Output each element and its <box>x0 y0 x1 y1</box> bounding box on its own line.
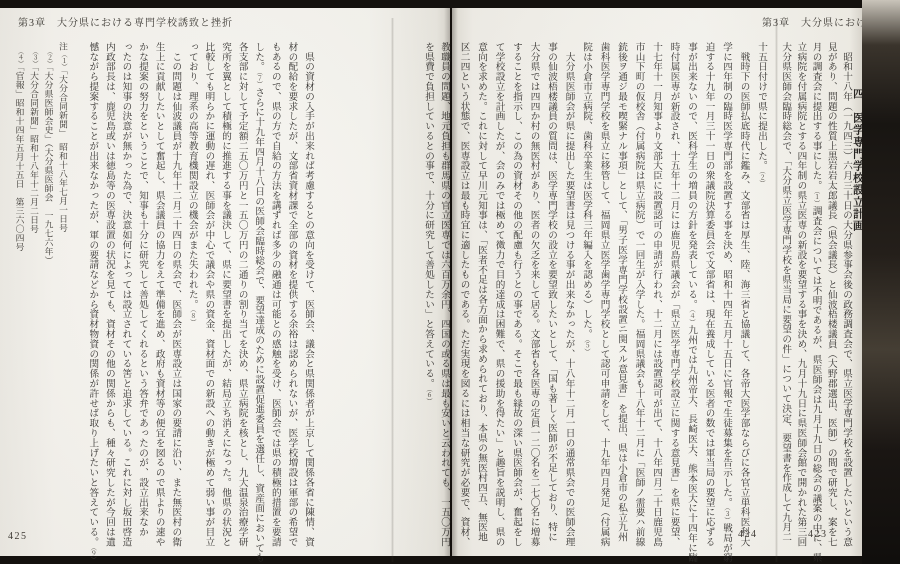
text-column: この問題は仙波議員が十九年十二月二十四日の県会で、医師会が医専設立は国家の要請に… <box>167 42 184 534</box>
text-column: 大分県では四四か村の無医村があり、医者の欠乏を来して居る。文部省も各医専の定員一… <box>525 42 543 534</box>
text-column: 意向を求めた。これに対して早川元知事は、「医者不足は各方面から求められており、本… <box>473 42 491 534</box>
note-reference: （１） <box>813 191 820 207</box>
note-reference: （３） <box>723 507 730 523</box>
note-reference: （２） <box>46 51 53 67</box>
text-column: 十五日付けで県に提出した。（２） <box>753 42 771 534</box>
notes-block: 注（１）「大分合同新聞」 昭和十八年七月一日号 （２）「大分県医師会史」（大分県… <box>12 42 70 534</box>
text-column: 市山下町の仮校舎（付属病院は県立病院）で一回生が入学した。福岡県議会も十八年十二… <box>630 42 648 534</box>
text-column: もあるので、県の方で自給の方法を講ずれば多少の融通は可能との感触を受け、医師会で… <box>266 42 283 534</box>
note-reference: （６） <box>425 389 432 405</box>
text-column: （４）「官報」昭和十四年五月十五日 第三六〇四号 <box>12 42 27 534</box>
text-column: 院は小倉市立病院、歯科卒業生は医学科三年編入を認める）した。（５） <box>578 42 596 534</box>
text-column: （２）「大分県医師会史」（大分県医師会 一九七六年） <box>41 42 56 534</box>
note-reference: （４） <box>688 309 695 325</box>
text-column: 各支部に対して予定額二五〇万円と一五〇万円の二通りの割り当てを決め、県立病院を核… <box>233 42 250 534</box>
text-column: 学に四年制の臨時医学専門部を設置する事を決め、昭和十四年五月十五日に官報で生徒募… <box>718 42 736 534</box>
text-column: した。（７）さらに十九年四月十八日の医師会臨時総会で、要望達成のために設置促進委… <box>250 42 267 534</box>
text-column: 注（１）「大分合同新聞」 昭和十八年七月一日号 <box>56 42 71 534</box>
right-page-sheet: 第3章 大分県における専門学校誘致と挫折 十五日付けで県に提出した。（２） 戦時… <box>452 8 866 556</box>
text-column: することを指示し、この為の資材その他の配慮も行うとの事である。そこで最も縁故の深… <box>508 42 526 534</box>
text-column: 十七年十一月知事より文部大臣に設置認可の申請が行われ、十二月には設置認可が出て、… <box>648 42 666 534</box>
note-reference: （４） <box>17 51 24 67</box>
text-column: 材の配給を要求したが、文部省資材課で全部の資材を提供する余裕は認められないが、医… <box>283 42 300 534</box>
note-reference: （１） <box>60 51 67 70</box>
text-column: 戦時下の医師払底時代に鑑み、文部省は厚生、陸、海三省と協議して、各帝大医学部なら… <box>735 42 753 534</box>
text-column: 大分県医師会が県に提出した要望書は見つける事が出来なかったが、十八年十二月一日の… <box>560 42 578 534</box>
left-page-sheet: 第3章 大分県における専門学校誘致と挫折 注（１）「大分合同新聞」 昭和十八年七… <box>0 8 450 556</box>
text-column: っており、理系の高等教育機関設立の機会がまた失われた。（８） <box>183 42 200 534</box>
note-reference: （２） <box>758 171 765 187</box>
text-column: ったのは知事の決意が無かった為で、決意如何によっては設立されている筈と追求してい… <box>117 42 134 534</box>
text-column: 県の資材の入手が出来れば考慮するとの意向を受けて、医師会、議会と県関係者が上京し… <box>299 42 316 534</box>
text-column: 大分県医師会臨時総会で、「大分県立医学専門学校を県当局に要望の件」について決定、… <box>778 42 793 534</box>
text-column: 時付属医専が新設され、十五年十二月には鹿児島県議会が「県立医学専門学校設立に関す… <box>665 42 683 534</box>
note-reference: （８） <box>189 309 196 325</box>
text-column: を県費で負担しているとの事で、十分に研究して善処したい」と答えている。（６） <box>420 42 436 534</box>
text-column: 事が出来ないので、医科学生の増員の方針を発表している。（４）九州では九州帝大、長… <box>683 42 701 534</box>
text-column: 生上に貢献したいとして奮起し、県会議員の協力をえて準備を進め、政府も資材等の便宜… <box>150 42 167 534</box>
page-423-text: 昭和十八年（一九四三）六月三十日の大分県参事会後の政務調査会で、県立医学専門学校… <box>778 42 854 534</box>
text-column: 比較しても明らかに運動の遅れ、医師会が中心で議会や県の資金、資材面での新設への動… <box>200 42 217 534</box>
note-reference: （３） <box>31 51 38 67</box>
text-column: て学校設立を計画したが、会のみでは極めて微力で目的達成は困難で、県の援助を得たい… <box>490 42 508 534</box>
text-column: 迫する十九年一月三十一日の衆議院決算委員会で文部省は、現在養成している医者の数で… <box>700 42 718 534</box>
text-column: 歯科医学専門学校を県立に移管して、福岡県立医学歯学専門学校として認可申請をして、… <box>595 42 613 534</box>
text-column: 事の仙波梧楼議員の質問は、医学専門学校の設立を要望致したいとして、「国も著しく医… <box>543 42 561 534</box>
page-seam-left <box>391 18 394 562</box>
note-reference: （９） <box>89 547 96 563</box>
spread-gutter-shadow <box>444 8 458 556</box>
text-column: 内政部長は、鹿児島或いは徳島等の医専設置の状況を見ても、資材その他の関係からも、… <box>100 42 117 534</box>
note-reference: （７） <box>255 72 262 88</box>
text-column: 憾ながら提案することが出来なかったが、軍の要請などから資材物資の関係が許せば取り… <box>84 42 101 534</box>
page-424-text: 十五日付けで県に提出した。（２） 戦時下の医師払底時代に鑑み、文部省は厚生、陸、… <box>454 42 770 534</box>
text-column: かな提案の努力をということで、知事も十分に研究して善処してくれるという答弁であっ… <box>133 42 150 534</box>
note-reference: （５） <box>583 339 590 355</box>
book-scan-photo: 第3章 大分県における専門学校誘致と挫折 注（１）「大分合同新聞」 昭和十八年七… <box>0 0 900 564</box>
page-number-425: 425 <box>8 531 28 542</box>
text-column: 見があり、問題の性質上黒岩岩太郎議長（県会議長）と仙波梧楼議員（大野郡選出、医師… <box>824 42 839 534</box>
page-number-423: 423 <box>808 529 828 540</box>
running-header-left: 第3章 大分県における専門学校誘致と挫折 <box>18 14 233 29</box>
page-425-main-text: 県の資材の入手が出来れば考慮するとの意向を受けて、医師会、議会と県関係者が上京し… <box>84 42 316 534</box>
text-column: 究所を翼として積極的に推進する事を議決して、県に要望書を提出したが、結局立ち消え… <box>216 42 233 534</box>
text-column: 立病院を付属病院とする四年制の県立医専の新設を要望する事を決め、九月十九日に県医… <box>793 42 808 534</box>
text-column: 銃後ヲ通ジ最モ喫緊ナル事項」として、「男子医学専門学校設置ニ関スル意見書」を提出… <box>613 42 631 534</box>
book-edge-shadow <box>862 0 900 564</box>
text-column: （３）「大分合同新聞」昭和十八年十二月二日号 <box>27 42 42 534</box>
page-number-424: 424 <box>738 529 758 540</box>
text-column: 月の調査会に提出する事にした。（１）調査会については不明であるが、県医師会は九月… <box>808 42 823 534</box>
